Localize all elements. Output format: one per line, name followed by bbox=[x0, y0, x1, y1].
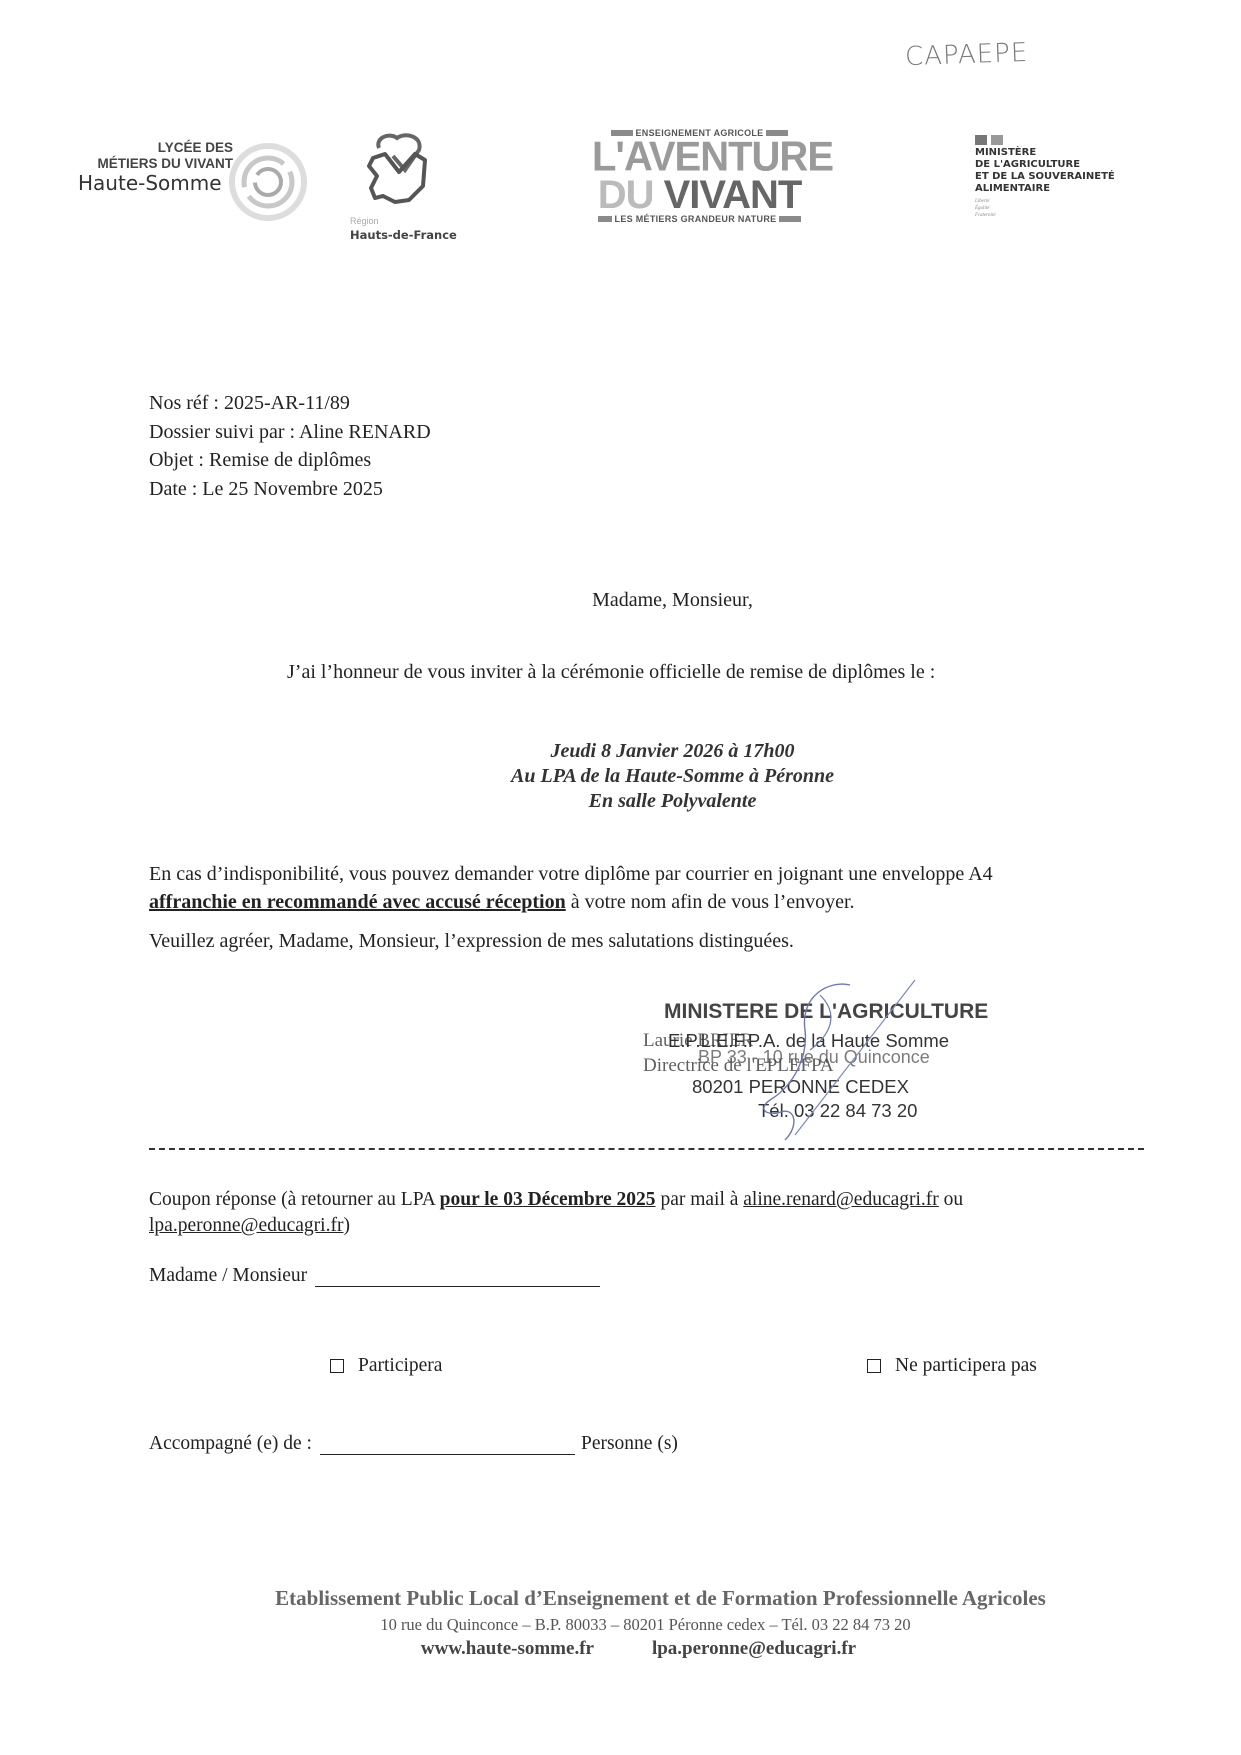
footer-institution: Etablissement Public Local d’Enseignemen… bbox=[40, 1586, 1241, 1611]
region-logo-name: Hauts-de-France bbox=[350, 228, 457, 242]
lycee-logo: LYCÉE DES MÉTIERS DU VIVANT Haute-Somme bbox=[70, 140, 310, 240]
registered-mail-emphasis: affranchie en recommandé avec accusé réc… bbox=[149, 891, 566, 913]
lycee-logo-line1: LYCÉE DES bbox=[70, 140, 233, 156]
reference-number: Nos réf : 2025-AR-11/89 bbox=[149, 389, 431, 418]
event-details: Jeudi 8 Janvier 2026 à 17h00 Au LPA de l… bbox=[0, 739, 1241, 814]
official-stamp: Laurie BRIER Directrice de l'EPLEFPA MIN… bbox=[640, 1000, 1020, 1130]
invitation-text: J’ai l’honneur de vous inviter à la céré… bbox=[287, 661, 935, 684]
aventure-logo-line2: DU VIVANT bbox=[592, 176, 807, 214]
event-location: Au LPA de la Haute-Somme à Péronne bbox=[52, 764, 1241, 789]
rings-icon bbox=[228, 140, 318, 230]
marianne-flag-icon bbox=[975, 135, 1155, 145]
accompanied-row: Accompagné (e) de : Personne (s) bbox=[149, 1433, 678, 1455]
ne-participera-pas-label: Ne participera pas bbox=[895, 1355, 1037, 1377]
event-room: En salle Polyvalente bbox=[52, 789, 1241, 814]
persons-label: Personne (s) bbox=[581, 1433, 678, 1455]
letter-subject: Objet : Remise de diplômes bbox=[149, 446, 431, 475]
aventure-du-vivant-logo: ENSEIGNEMENT AGRICOLE L'AVENTURE DU VIVA… bbox=[592, 128, 807, 234]
footer-email-link[interactable]: lpa.peronne@educagri.fr bbox=[652, 1638, 856, 1660]
ministere-logo: MINISTÈRE DE L'AGRICULTURE ET DE LA SOUV… bbox=[975, 135, 1155, 219]
letter-date: Date : Le 25 Novembre 2025 bbox=[149, 475, 431, 504]
coupon-intro: Coupon réponse (à retourner au LPA pour … bbox=[149, 1187, 1109, 1239]
footer-website-link[interactable]: www.haute-somme.fr bbox=[421, 1638, 594, 1660]
name-label: Madame / Monsieur bbox=[149, 1265, 307, 1287]
salutation: Madame, Monsieur, bbox=[0, 589, 1241, 612]
event-date-time: Jeudi 8 Janvier 2026 à 17h00 bbox=[52, 739, 1241, 764]
participera-label: Participera bbox=[358, 1355, 442, 1377]
participera-checkbox[interactable] bbox=[330, 1359, 344, 1373]
unavailability-paragraph: En cas d’indisponibilité, vous pouvez de… bbox=[149, 860, 1149, 916]
coupon-deadline: pour le 03 Décembre 2025 bbox=[440, 1189, 656, 1210]
aventure-logo-bottom: LES MÉTIERS GRANDEUR NATURE bbox=[615, 214, 777, 224]
reference-block: Nos réf : 2025-AR-11/89 Dossier suivi pa… bbox=[149, 389, 431, 503]
footer: Etablissement Public Local d’Enseignemen… bbox=[0, 1586, 1241, 1660]
option-participera[interactable]: Participera bbox=[330, 1355, 442, 1377]
aventure-logo-line1: L'AVENTURE bbox=[592, 137, 807, 177]
region-logo-label: Région bbox=[350, 216, 379, 226]
region-logo: Région Hauts-de-France bbox=[345, 130, 465, 250]
accompanied-field[interactable] bbox=[320, 1434, 575, 1455]
handwritten-note: CAPAEPE bbox=[905, 38, 1029, 72]
lycee-logo-line2: MÉTIERS DU VIVANT bbox=[70, 156, 233, 172]
ne-participera-pas-checkbox[interactable] bbox=[867, 1359, 881, 1373]
footer-address: 10 rue du Quinconce – B.P. 80033 – 80201… bbox=[25, 1615, 1241, 1635]
email-link-aline-renard[interactable]: aline.renard@educagri.fr bbox=[743, 1189, 939, 1210]
france-heart-icon bbox=[365, 130, 435, 210]
dossier-contact: Dossier suivi par : Aline RENARD bbox=[149, 418, 431, 447]
accompanied-label: Accompagné (e) de : bbox=[149, 1433, 312, 1455]
cut-line-divider bbox=[149, 1148, 1144, 1150]
email-link-lpa-peronne[interactable]: lpa.peronne@educagri.fr bbox=[149, 1215, 343, 1236]
option-ne-participera-pas[interactable]: Ne participera pas bbox=[867, 1355, 1037, 1377]
name-field-row: Madame / Monsieur bbox=[149, 1265, 600, 1287]
closing-formula: Veuillez agréer, Madame, Monsieur, l’exp… bbox=[149, 930, 794, 953]
name-field[interactable] bbox=[315, 1266, 600, 1287]
signature-icon bbox=[700, 975, 960, 1145]
